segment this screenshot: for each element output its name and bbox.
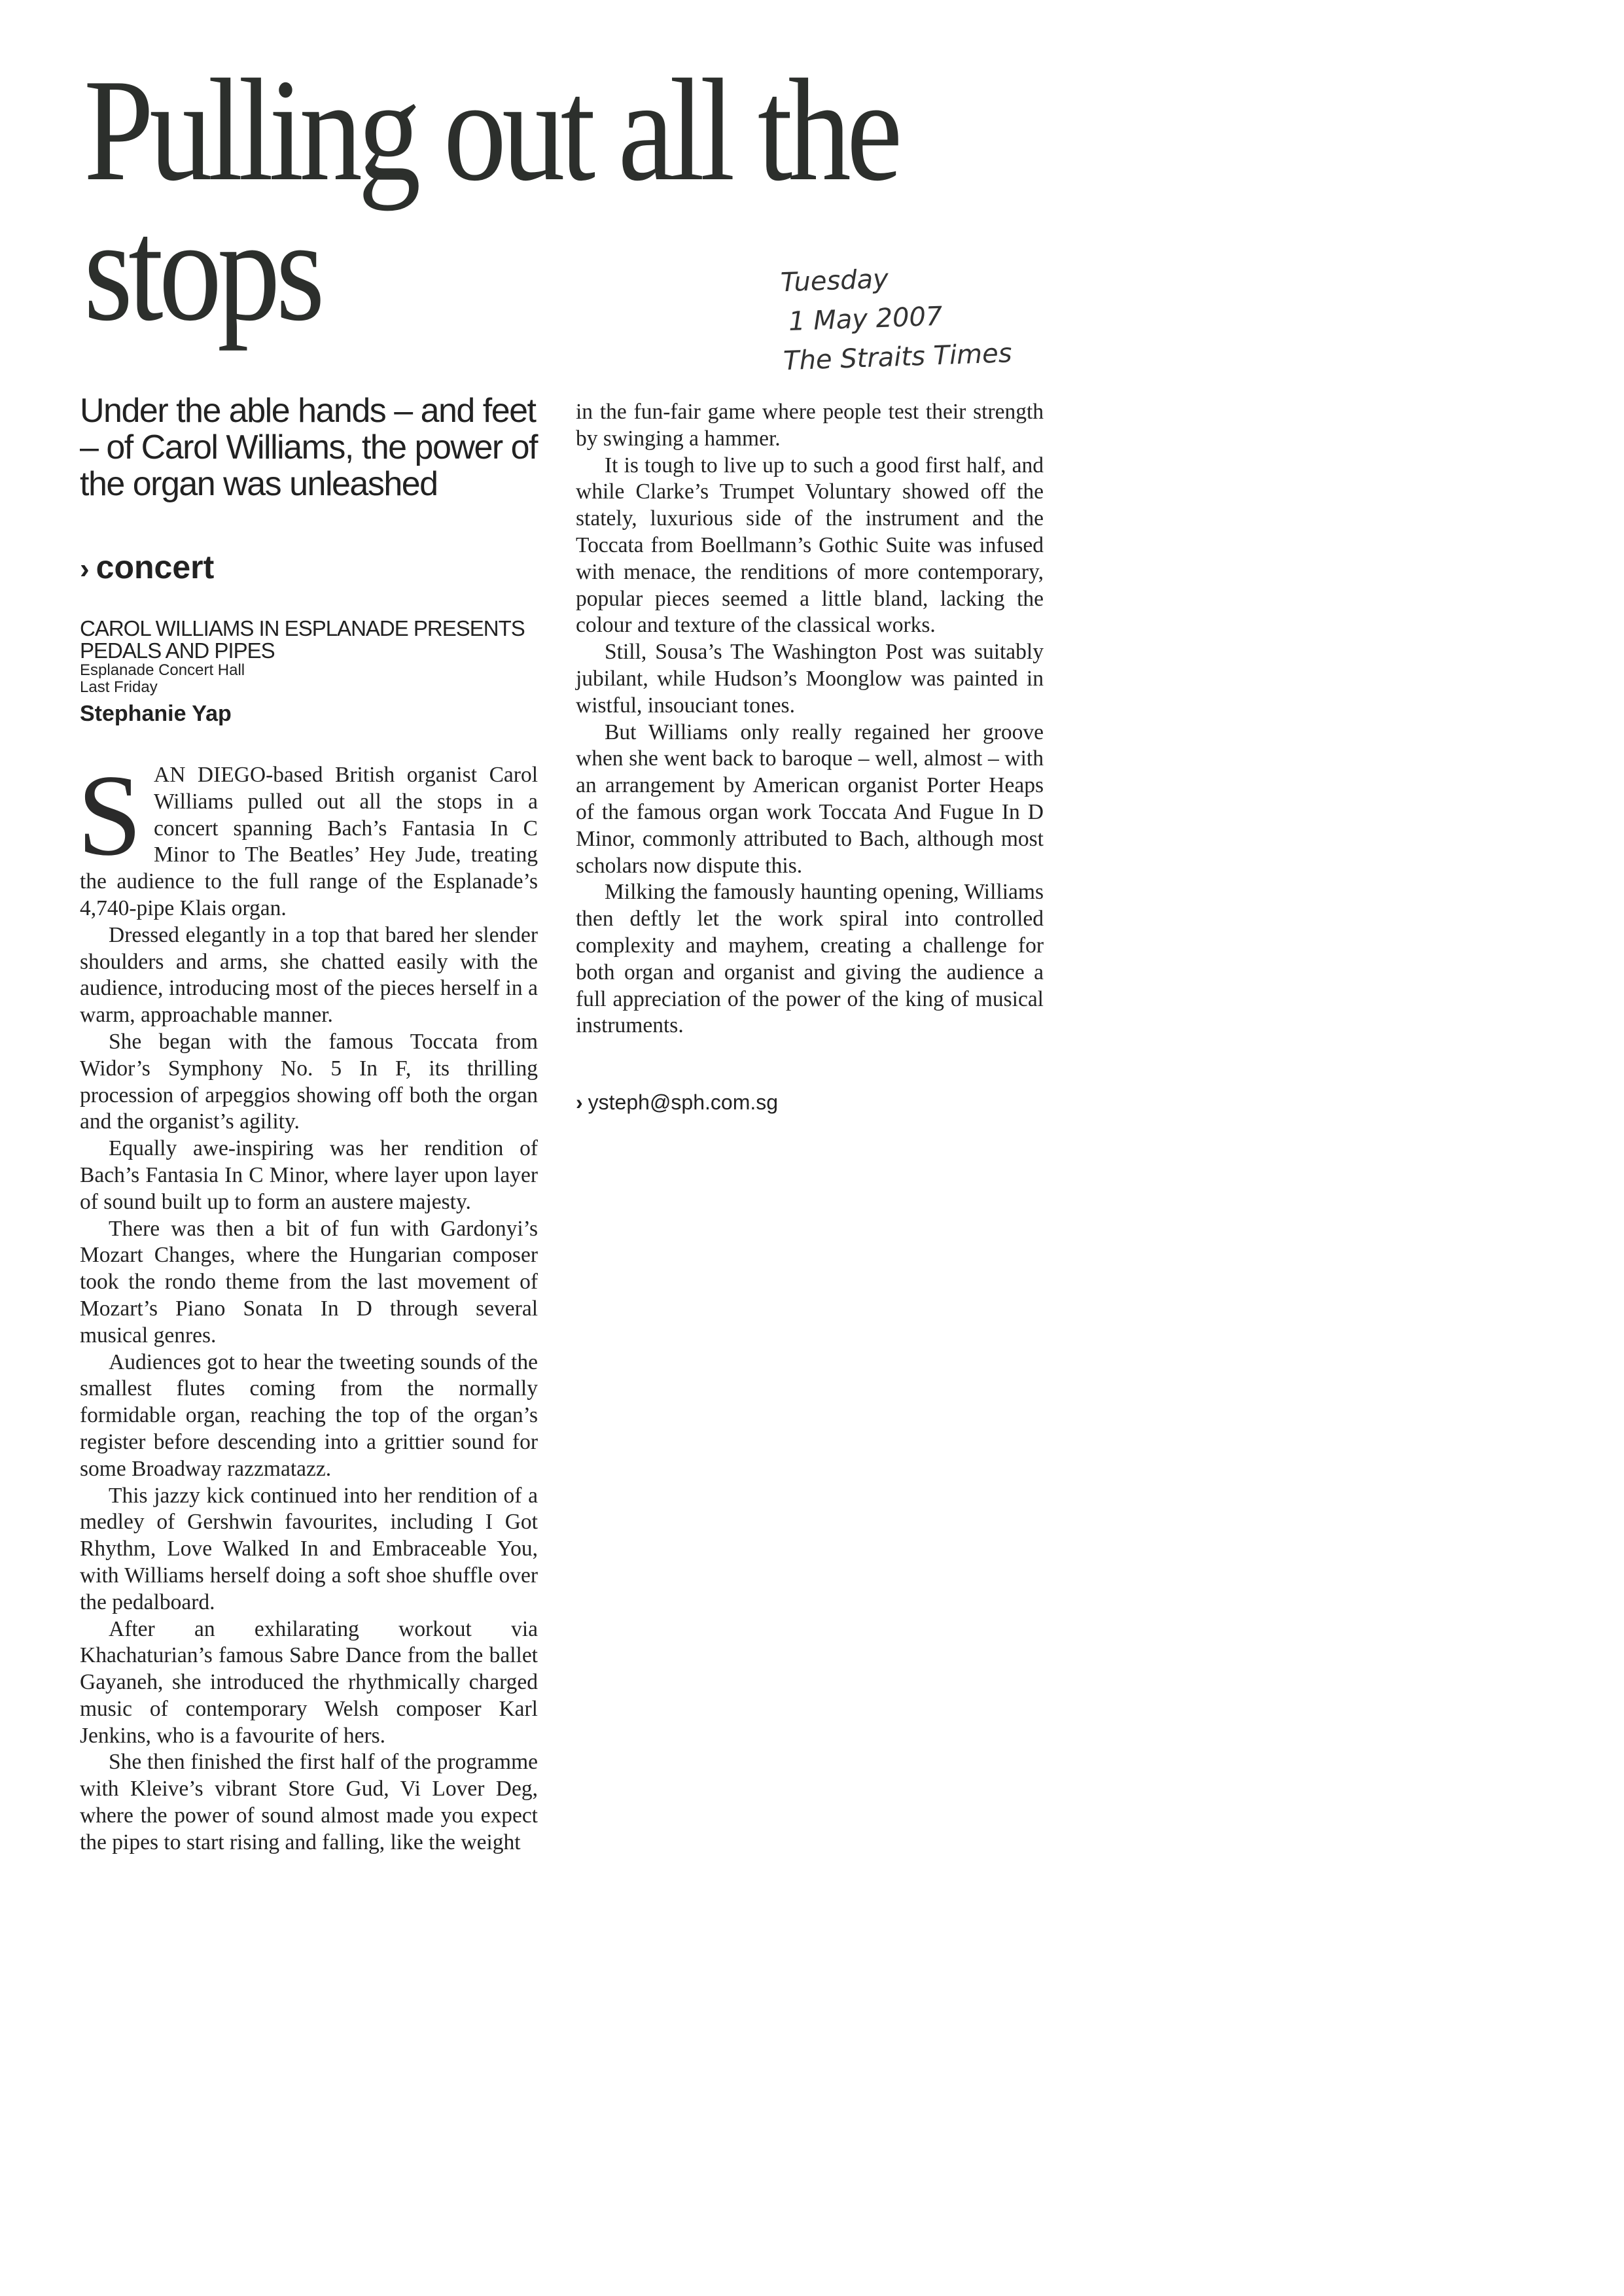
section-label: concert bbox=[96, 549, 215, 585]
paragraph: SAN DIEGO-based British organist Carol W… bbox=[80, 762, 538, 922]
paragraph: It is tough to live up to such a good fi… bbox=[576, 453, 1044, 640]
handwritten-date-note: Tuesday 1 May 2007 The Straits Times bbox=[780, 254, 1059, 381]
right-column: in the fun-fair game where people test t… bbox=[576, 399, 1044, 1115]
event-date: Last Friday bbox=[80, 679, 538, 696]
paragraph: But Williams only really regained her gr… bbox=[576, 720, 1044, 880]
paragraph: There was then a bit of fun with Gardony… bbox=[80, 1216, 538, 1349]
event-title: CAROL WILLIAMS IN ESPLANADE PRESENTS PED… bbox=[80, 617, 538, 662]
chevron-right-icon: › bbox=[80, 553, 90, 585]
paragraph: Dressed elegantly in a top that bared he… bbox=[80, 922, 538, 1029]
chevron-right-icon: › bbox=[576, 1090, 583, 1114]
author-email-link[interactable]: ysteph@sph.com.sg bbox=[588, 1090, 778, 1114]
drop-cap: S bbox=[77, 766, 142, 864]
paragraph: Milking the famously haunting opening, W… bbox=[576, 879, 1044, 1039]
paragraph: This jazzy kick continued into her rendi… bbox=[80, 1483, 538, 1616]
paragraph: in the fun-fair game where people test t… bbox=[576, 399, 1044, 453]
article-body-left: SAN DIEGO-based British organist Carol W… bbox=[80, 762, 538, 1856]
event-info: CAROL WILLIAMS IN ESPLANADE PRESENTS PED… bbox=[80, 617, 538, 727]
standfirst: Under the able hands – and feet – of Car… bbox=[80, 392, 538, 502]
article-body-right: in the fun-fair game where people test t… bbox=[576, 399, 1044, 1039]
paragraph: Equally awe-inspiring was her rendition … bbox=[80, 1136, 538, 1215]
left-column: Under the able hands – and feet – of Car… bbox=[80, 392, 538, 1856]
paragraph: She then finished the first half of the … bbox=[80, 1749, 538, 1856]
paragraph: Audiences got to hear the tweeting sound… bbox=[80, 1349, 538, 1483]
author-contact: ›ysteph@sph.com.sg bbox=[576, 1090, 1044, 1115]
section-tag: ›concert bbox=[80, 548, 538, 586]
paragraph: After an exhilarating workout via Khacha… bbox=[80, 1616, 538, 1750]
event-venue: Esplanade Concert Hall bbox=[80, 662, 538, 679]
paragraph: Still, Sousa’s The Washington Post was s… bbox=[576, 639, 1044, 719]
byline: Stephanie Yap bbox=[80, 701, 538, 727]
paragraph: She began with the famous Toccata from W… bbox=[80, 1029, 538, 1136]
